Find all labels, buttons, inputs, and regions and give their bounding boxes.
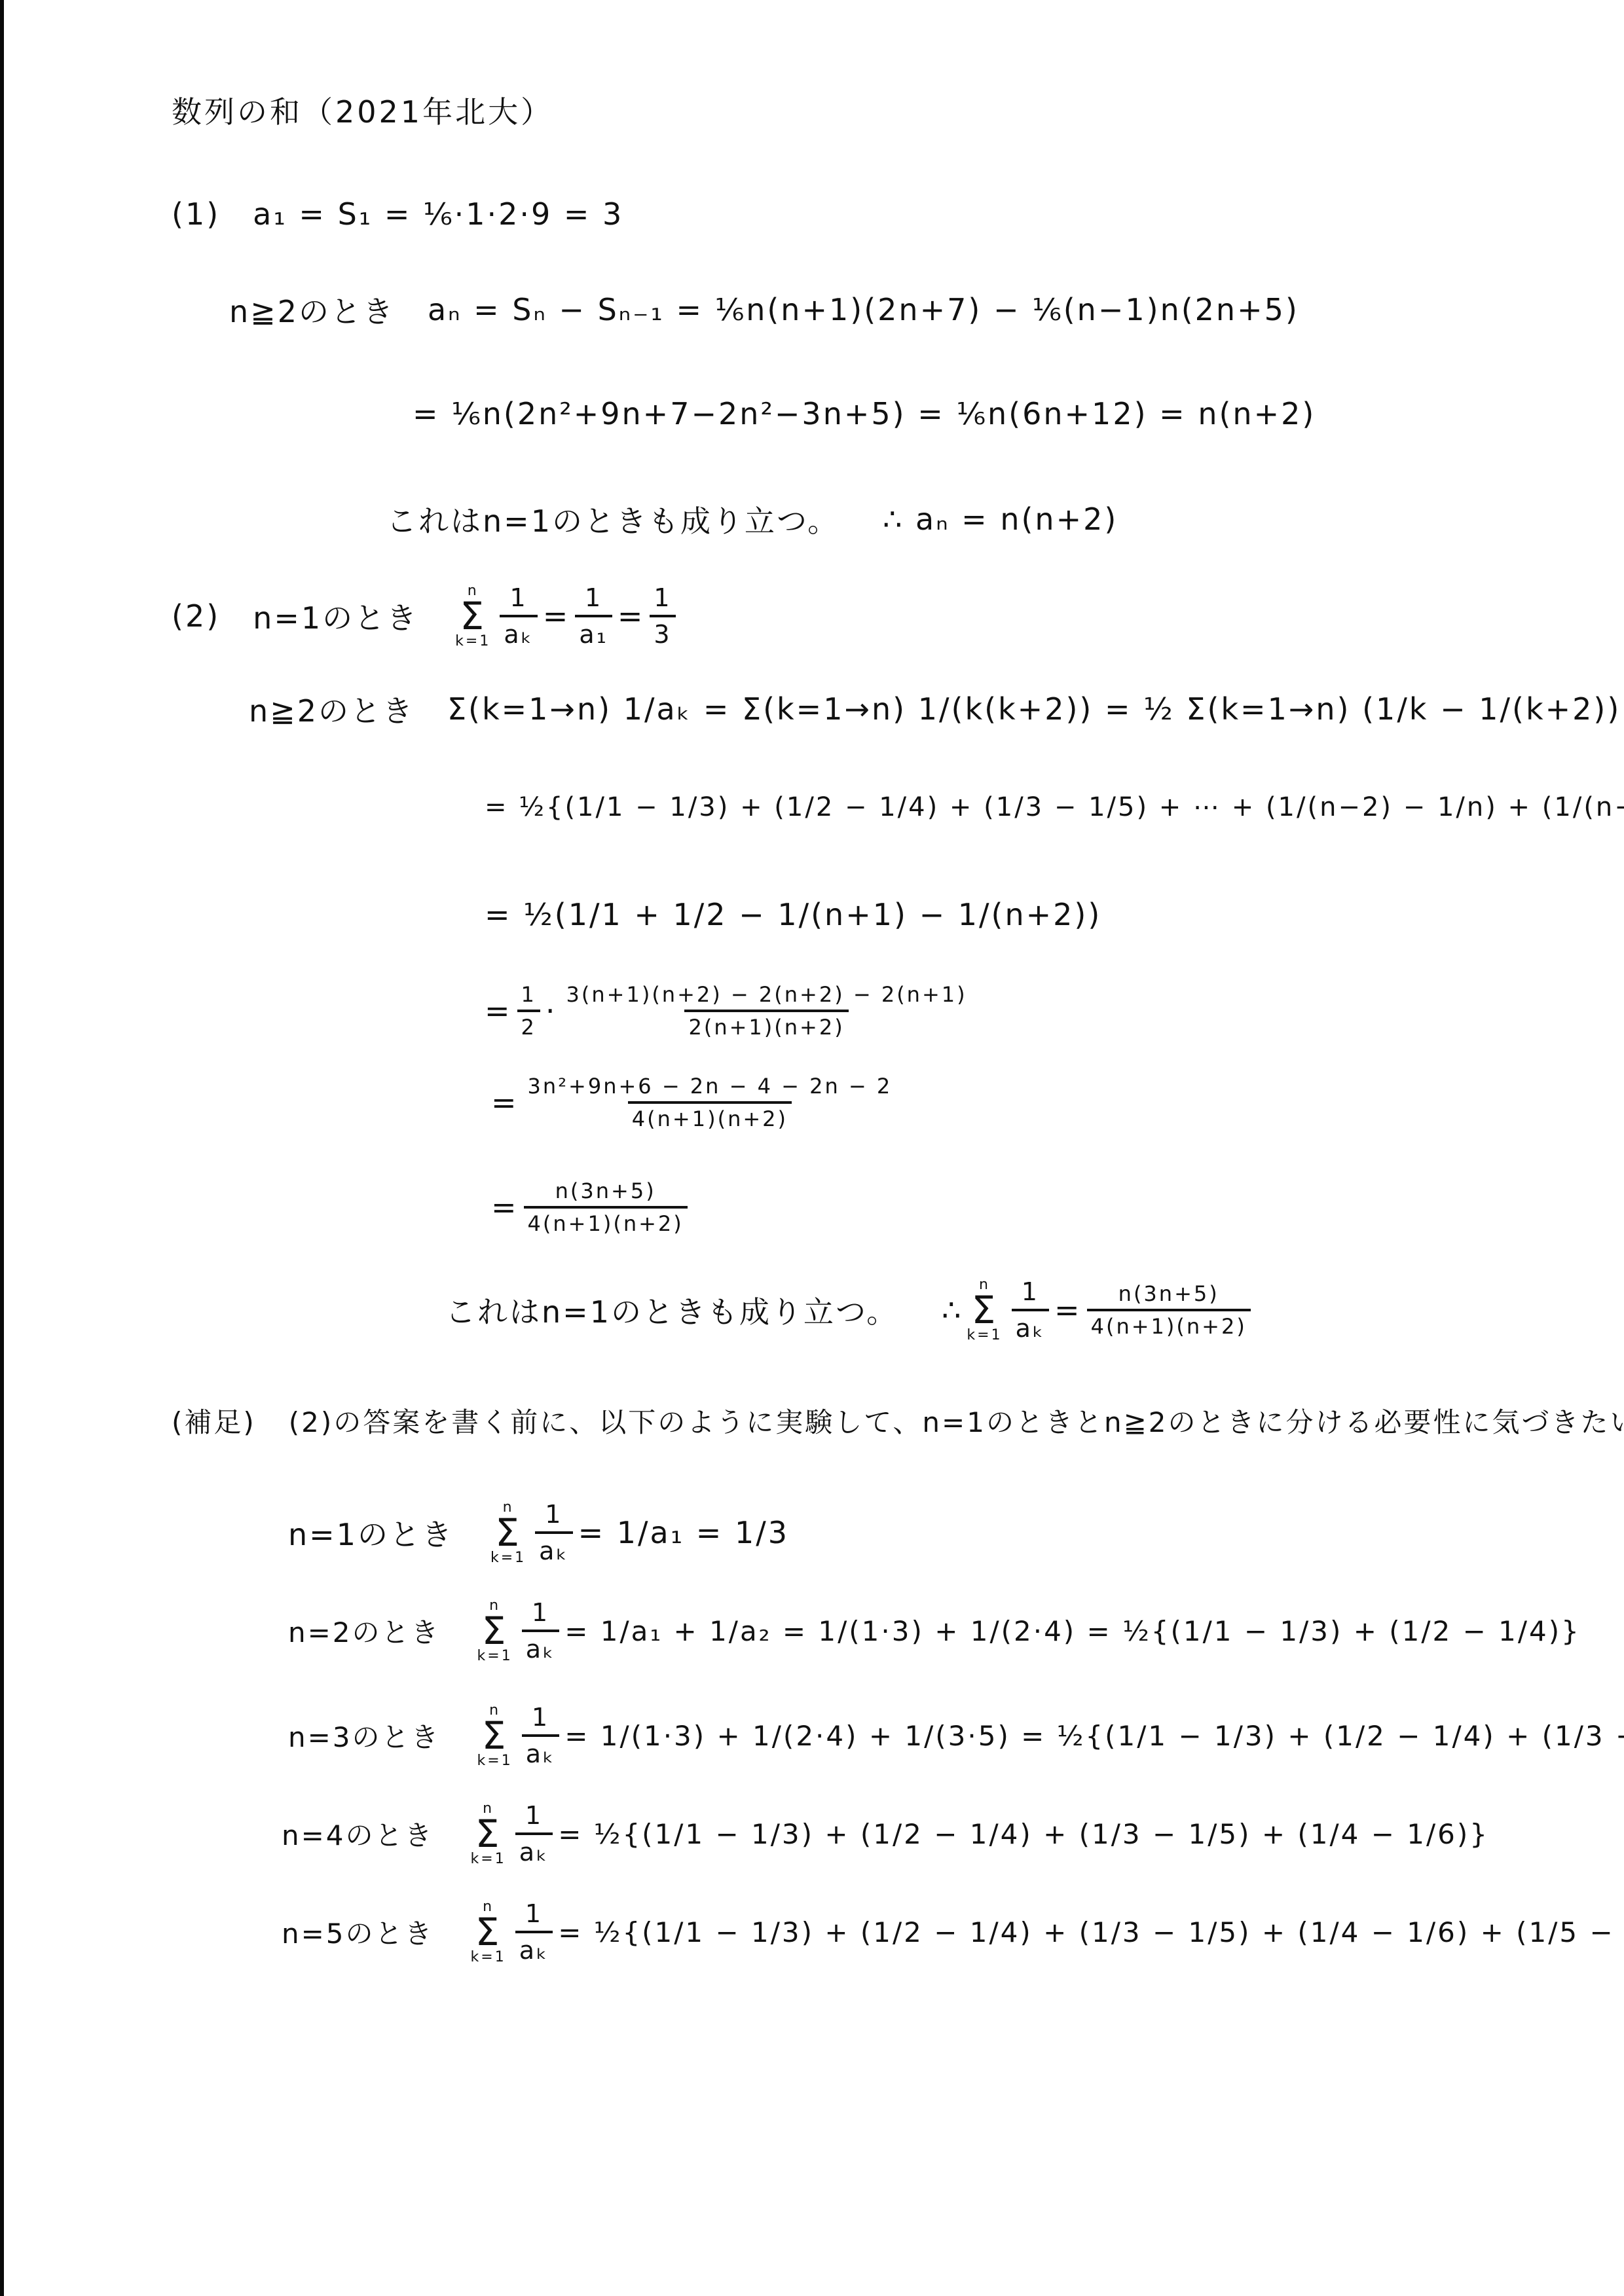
fraction: 1aₖ — [515, 1801, 553, 1867]
part2-conclusion: これはn=1のときも成り立つ。 ∴ n Σ k=1 1aₖ = n(3n+5)4… — [445, 1277, 1256, 1343]
part1-line4: これはn=1のときも成り立つ。 ∴ aₙ = n(n+2) — [386, 498, 1118, 541]
part2-case2: n≧2のとき Σ(k=1→n) 1/aₖ = Σ(k=1→n) 1/(k(k+2… — [249, 687, 1621, 731]
part2-step2: = ½(1/1 + 1/2 − 1/(n+1) − 1/(n+2)) — [485, 897, 1101, 932]
step4-fraction: 3n²+9n+6 − 2n − 4 − 2n − 24(n+1)(n+2) — [524, 1074, 896, 1131]
part2-case2-condition: n≧2のとき — [249, 687, 415, 731]
sigma-symbol: n Σ k=1 — [455, 583, 490, 649]
supplement-case-5: n=5のとき nΣk=1 1aₖ = ½{(1/1 − 1/3) + (1/2 … — [282, 1899, 1624, 1965]
part1-condition: n≧2のとき — [229, 288, 395, 331]
part1-a1-equation: a₁ = S₁ = ⅙·1·2·9 = 3 — [253, 196, 623, 232]
part1-label: (1) — [172, 196, 220, 232]
step3-fraction: 3(n+1)(n+2) − 2(n+2) − 2(n+1)2(n+1)(n+2) — [563, 982, 971, 1040]
fraction: 1aₖ — [522, 1598, 559, 1664]
fraction: 1aₖ — [500, 583, 537, 649]
step5-fraction: n(3n+5)4(n+1)(n+2) — [524, 1178, 688, 1236]
supplement-label: (補足) — [172, 1401, 256, 1440]
sigma-symbol: nΣk=1 — [490, 1499, 526, 1566]
supplement-case-4: n=4のとき nΣk=1 1aₖ = ½{(1/1 − 1/3) + (1/2 … — [282, 1800, 1489, 1867]
part2-step1-telescoping: = ½{(1/1 − 1/3) + (1/2 − 1/4) + (1/3 − 1… — [485, 792, 1624, 822]
part2-step3: = 12 · 3(n+1)(n+2) − 2(n+2) − 2(n+1)2(n+… — [485, 982, 976, 1040]
sigma-symbol: nΣk=1 — [477, 1702, 513, 1769]
part2-step4: = 3n²+9n+6 − 2n − 4 − 2n − 24(n+1)(n+2) — [491, 1074, 901, 1131]
part1-line1: (1) a₁ = S₁ = ⅙·1·2·9 = 3 — [172, 196, 623, 232]
part2-label: (2) — [172, 598, 220, 634]
part1-line2: n≧2のとき aₙ = Sₙ − Sₙ₋₁ = ⅙n(n+1)(2n+7) − … — [229, 288, 1299, 331]
part2-step5: = n(3n+5)4(n+1)(n+2) — [491, 1178, 693, 1236]
part1-result: ∴ aₙ = n(n+2) — [883, 501, 1118, 537]
fraction: 1aₖ — [1012, 1277, 1049, 1343]
part2-conclusion-note: これはn=1のときも成り立つ。 — [445, 1288, 898, 1332]
sigma-symbol: nΣk=1 — [477, 1597, 513, 1664]
half-fraction: 12 — [517, 982, 540, 1040]
fraction: 1aₖ — [515, 1899, 553, 1965]
sigma-symbol: n Σ k=1 — [967, 1277, 1002, 1343]
supplement-case-3: n=3のとき nΣk=1 1aₖ = 1/(1·3) + 1/(2·4) + 1… — [288, 1702, 1624, 1769]
scan-edge — [0, 0, 4, 2296]
part1-line3: = ⅙n(2n²+9n+7−2n²−3n+5) = ⅙n(6n+12) = n(… — [413, 396, 1316, 431]
part2-case1-condition: n=1のとき — [253, 594, 418, 638]
supplement-header: (補足) (2)の答案を書く前に、以下のように実験して、n=1のときとn≧2のと… — [172, 1401, 1624, 1440]
supplement-text: (2)の答案を書く前に、以下のように実験して、n=1のときとn≧2のときに分ける… — [289, 1401, 1624, 1440]
sigma-symbol: nΣk=1 — [471, 1899, 506, 1965]
supplement-case-1: n=1のとき nΣk=1 1aₖ = 1/a₁ = 1/3 — [288, 1499, 789, 1566]
fraction: 1aₖ — [522, 1703, 559, 1768]
part1-an-equation: aₙ = Sₙ − Sₙ₋₁ = ⅙n(n+1)(2n+7) − ⅙(n−1)n… — [428, 292, 1299, 327]
part2-case1: (2) n=1のとき n Σ k=1 1aₖ = 1a₁ = 13 — [172, 583, 681, 649]
page-title: 数列の和（2021年北大） — [172, 97, 553, 127]
supplement-case-2: n=2のとき nΣk=1 1aₖ = 1/a₁ + 1/a₂ = 1/(1·3)… — [288, 1597, 1581, 1664]
fraction: 13 — [650, 583, 675, 649]
part2-case2-expr: Σ(k=1→n) 1/aₖ = Σ(k=1→n) 1/(k(k+2)) = ½ … — [447, 691, 1621, 727]
fraction: 1aₖ — [535, 1500, 572, 1565]
fraction: 1a₁ — [575, 583, 612, 649]
part1-note: これはn=1のときも成り立つ。 — [386, 498, 840, 541]
sigma-symbol: nΣk=1 — [471, 1800, 506, 1867]
conclusion-fraction: n(3n+5)4(n+1)(n+2) — [1087, 1281, 1251, 1339]
